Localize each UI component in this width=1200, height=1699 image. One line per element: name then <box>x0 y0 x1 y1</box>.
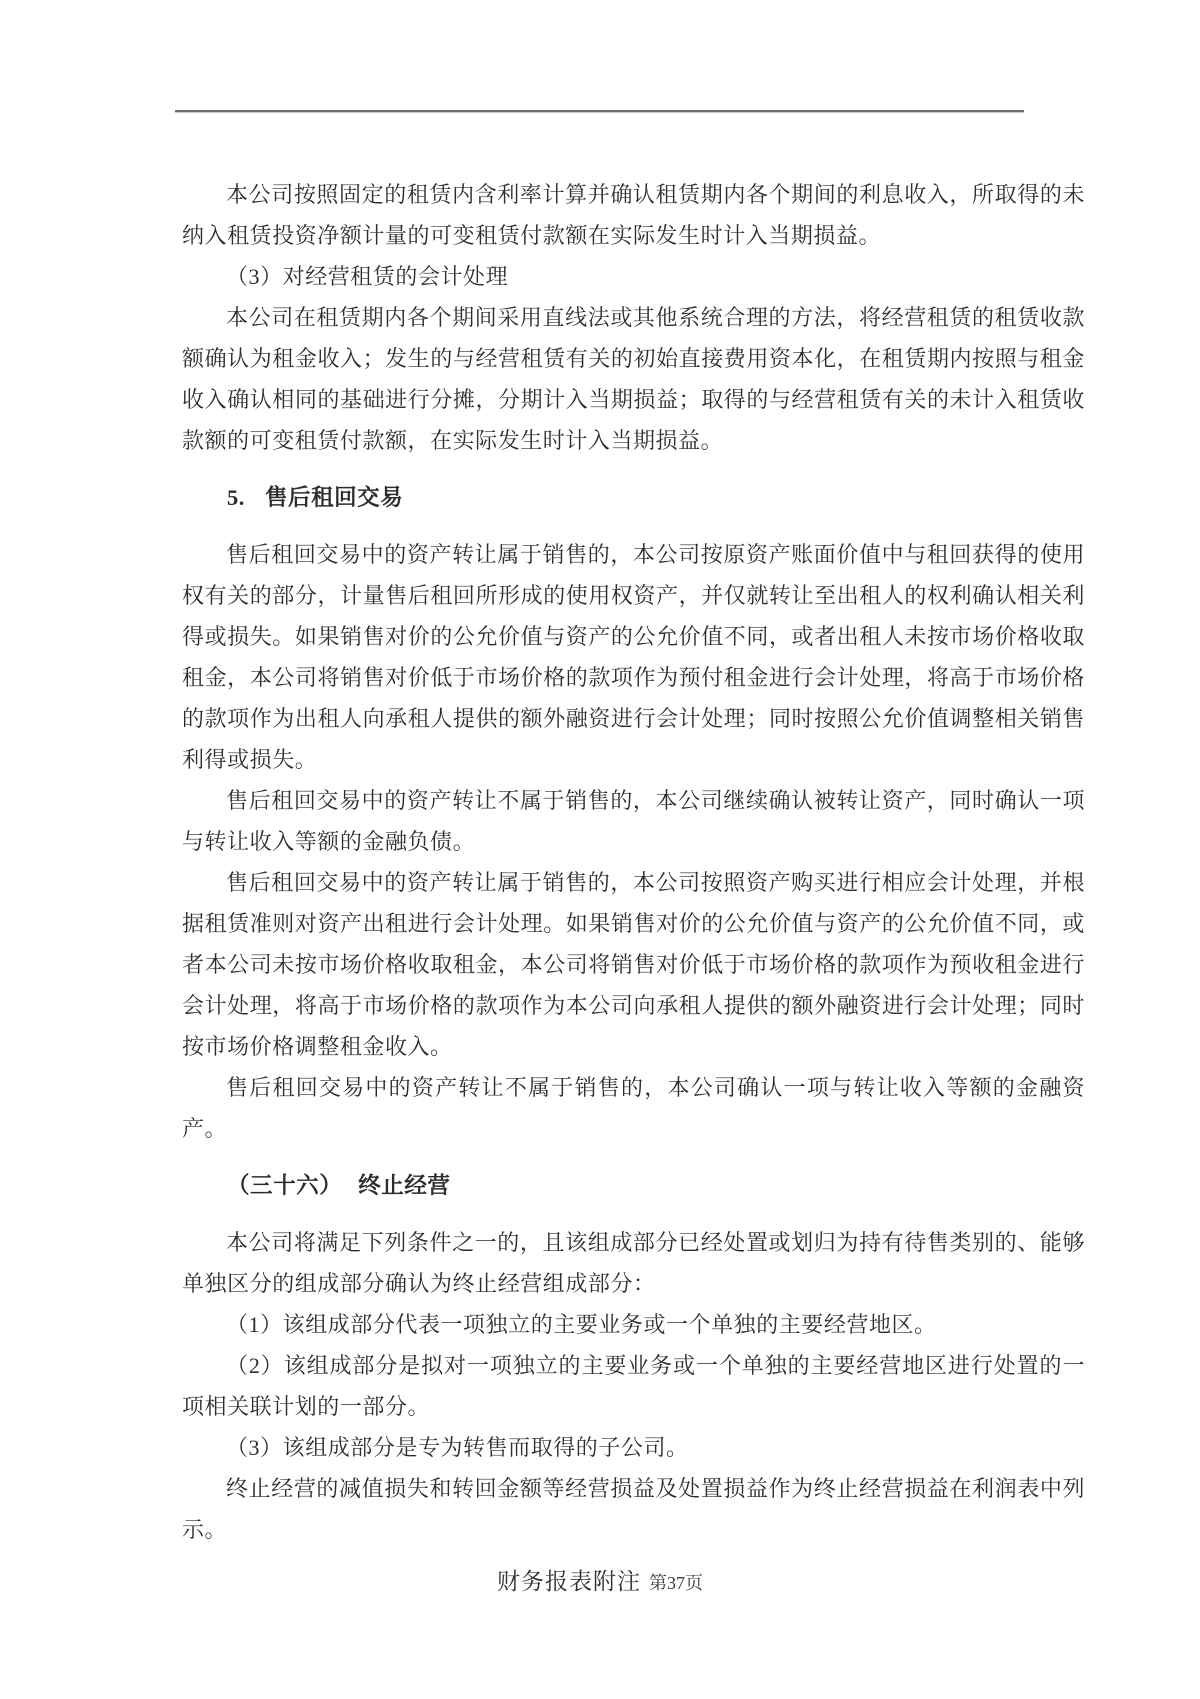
section-title: 终止经营 <box>358 1173 450 1198</box>
paragraph-sale-leaseback-sale-buyer: 售后租回交易中的资产转让属于销售的，本公司按照资产购买进行相应会计处理，并根据租… <box>182 862 1085 1067</box>
paragraph-operating-lease-treatment: 本公司在租赁期内各个期间采用直线法或其他系统合理的方法，将经营租赁的租赁收款额确… <box>182 297 1085 461</box>
paragraph-discontinued-presentation: 终止经营的减值损失和转回金额等经营损益及处置损益作为终止经营损益在利润表中列示。 <box>182 1468 1085 1550</box>
document-body: 本公司按照固定的租赁内含利率计算并确认租赁期内各个期间的利息收入，所取得的未纳入… <box>182 174 1085 1550</box>
footer-page-number: 第37页 <box>649 1573 703 1593</box>
paragraph-lease-interest-income: 本公司按照固定的租赁内含利率计算并确认租赁期内各个期间的利息收入，所取得的未纳入… <box>182 174 1085 256</box>
paragraph-sale-leaseback-not-sale-buyer: 售后租回交易中的资产转让不属于销售的，本公司确认一项与转让收入等额的金融资产。 <box>182 1067 1085 1149</box>
sub-heading-operating-lease-accounting: （3）对经营租赁的会计处理 <box>182 256 1085 297</box>
paragraph-sale-leaseback-sale-seller: 售后租回交易中的资产转让属于销售的，本公司按原资产账面价值中与租回获得的使用权有… <box>182 534 1085 780</box>
paragraph-criteria-2: （2）该组成部分是拟对一项独立的主要业务或一个单独的主要经营地区进行处置的一项相… <box>182 1345 1085 1427</box>
paragraph-criteria-3: （3）该组成部分是专为转售而取得的子公司。 <box>182 1427 1085 1468</box>
page-footer: 财务报表附注第37页 <box>0 1563 1200 1596</box>
section-heading-discontinued-operations: （三十六）终止经营 <box>182 1165 1085 1206</box>
section-title: 售后租回交易 <box>265 485 403 510</box>
paragraph-discontinued-criteria-intro: 本公司将满足下列条件之一的，且该组成部分已经处置或划归为持有待售类别的、能够单独… <box>182 1222 1085 1304</box>
header-rule <box>175 110 1024 113</box>
section-number: （三十六） <box>227 1165 342 1206</box>
document-page: 本公司按照固定的租赁内含利率计算并确认租赁期内各个期间的利息收入，所取得的未纳入… <box>0 0 1200 1699</box>
paragraph-sale-leaseback-not-sale-seller: 售后租回交易中的资产转让不属于销售的，本公司继续确认被转让资产，同时确认一项与转… <box>182 780 1085 862</box>
section-number: 5. <box>227 477 245 518</box>
section-heading-sale-leaseback: 5.售后租回交易 <box>182 477 1085 518</box>
paragraph-criteria-1: （1）该组成部分代表一项独立的主要业务或一个单独的主要经营地区。 <box>182 1304 1085 1345</box>
footer-title: 财务报表附注 <box>497 1569 641 1594</box>
